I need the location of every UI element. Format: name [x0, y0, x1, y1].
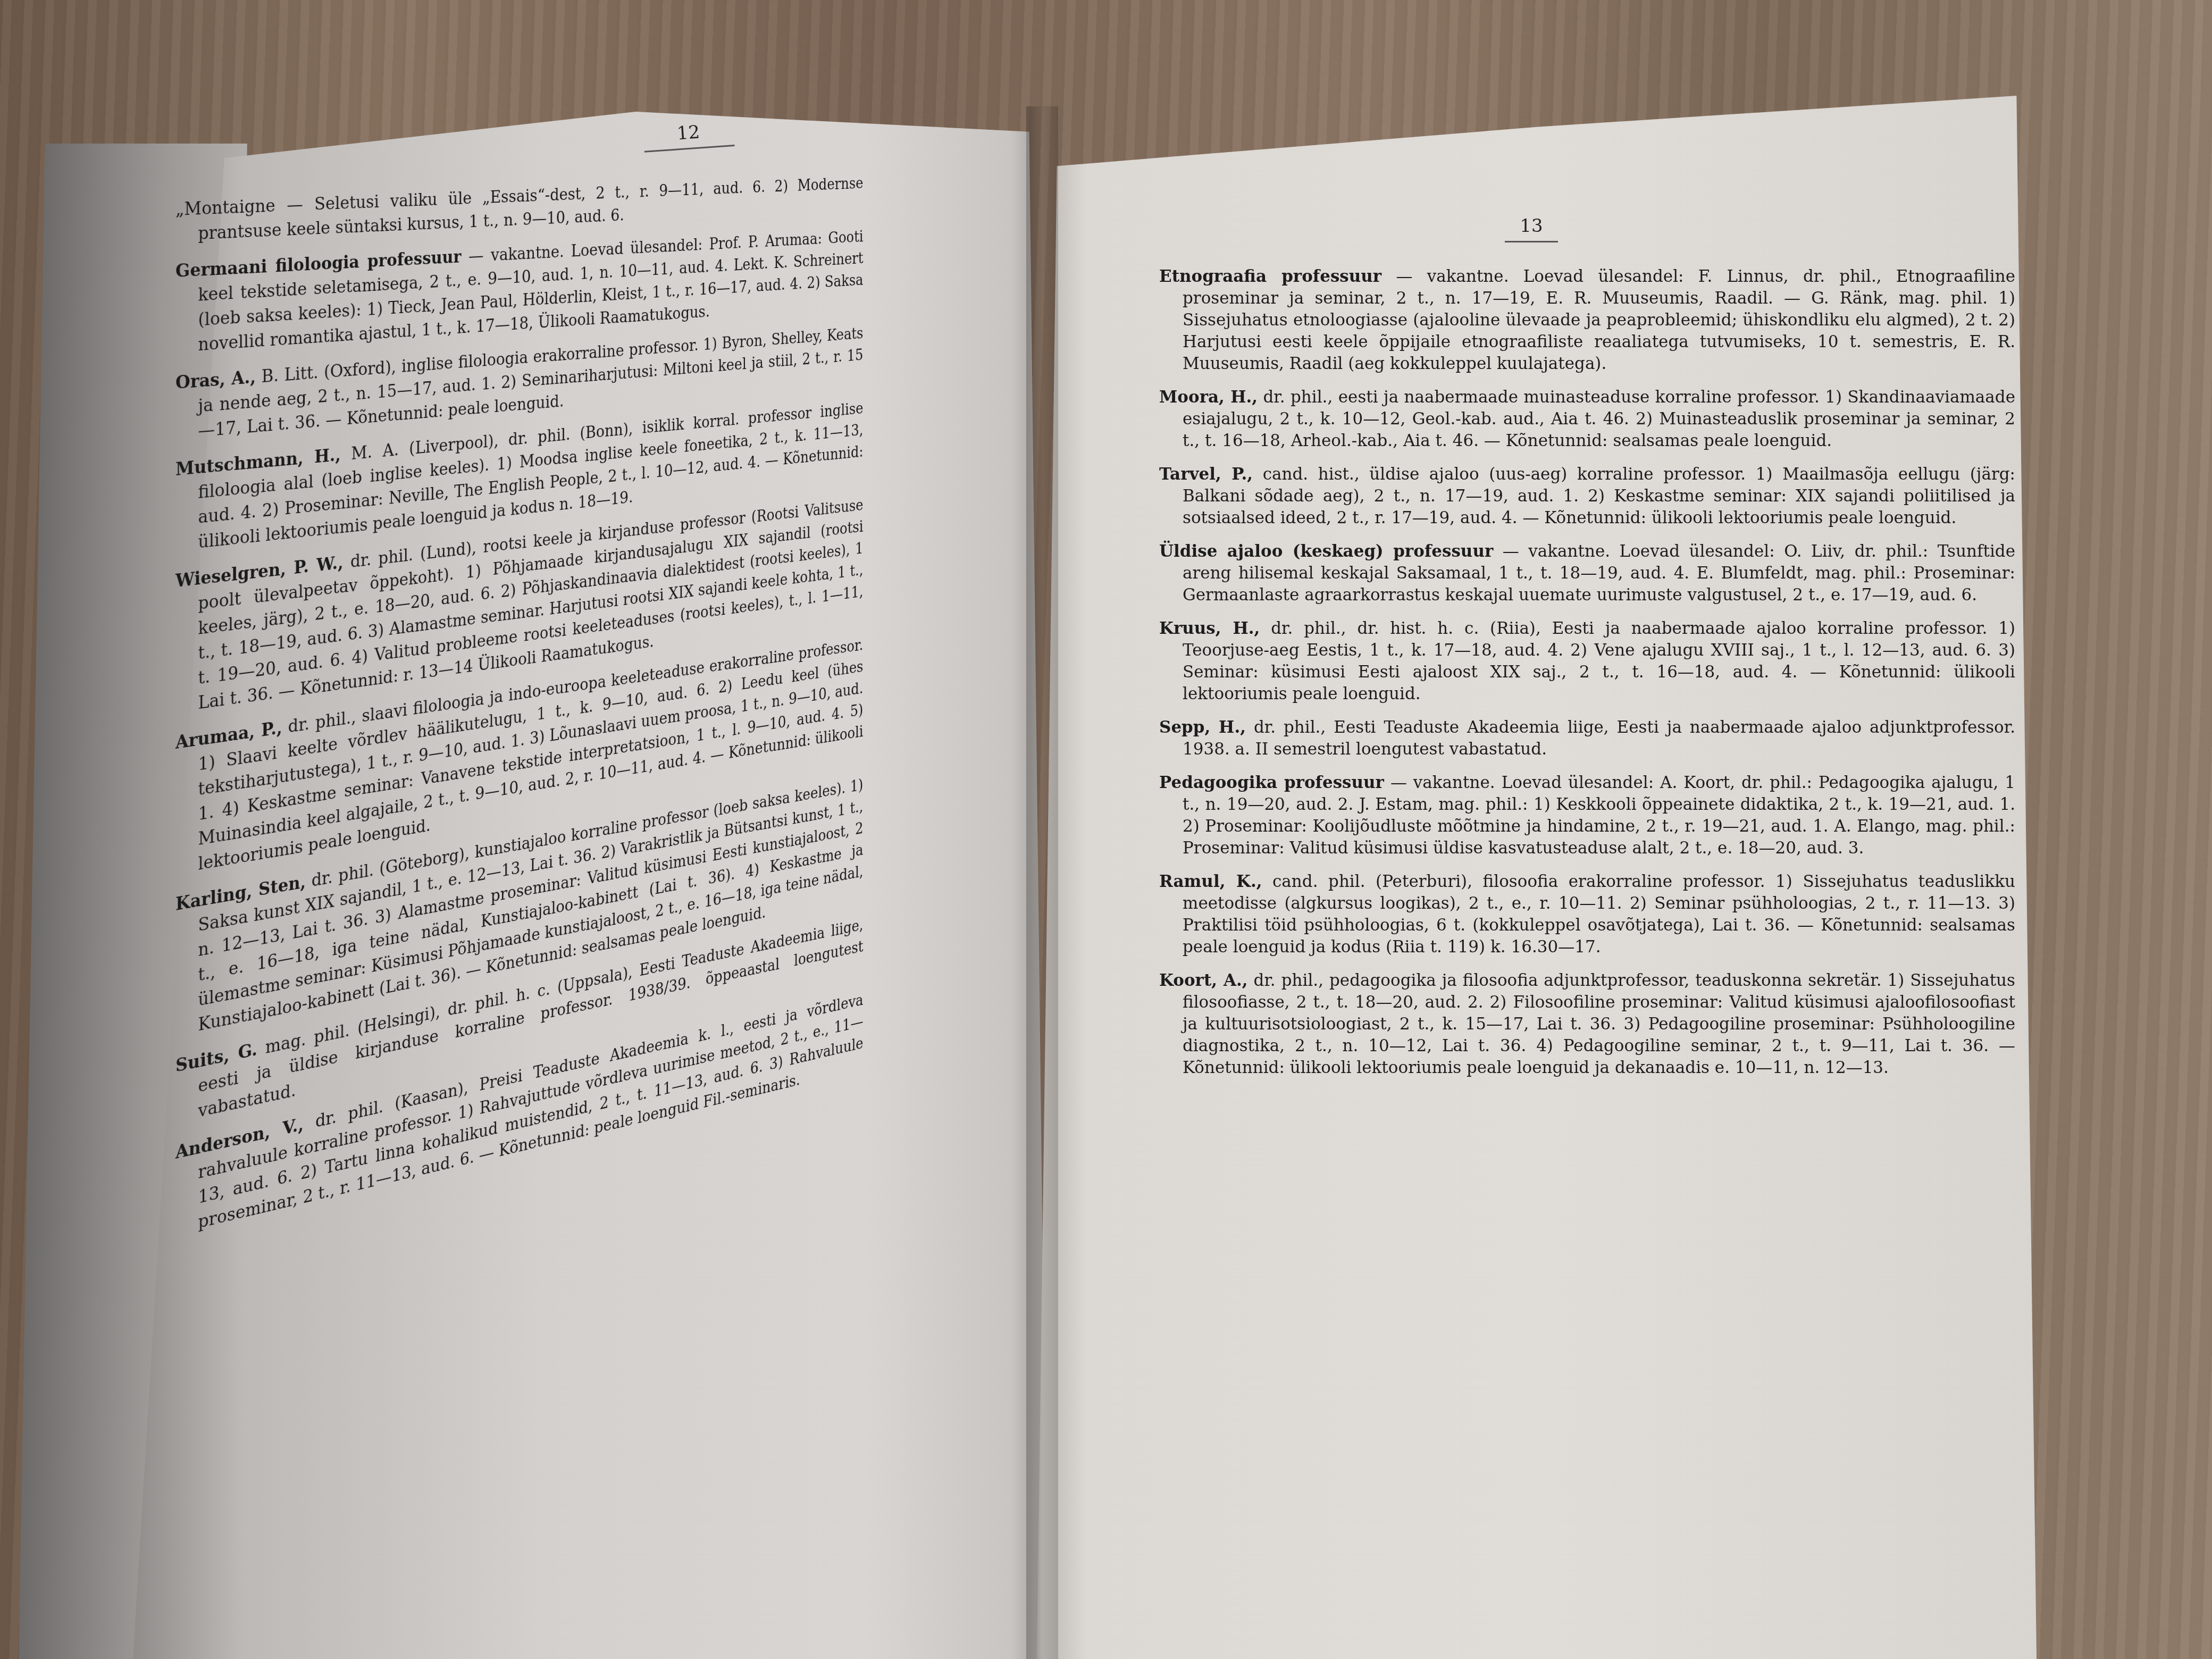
entry-head: Ramul, K., [1159, 872, 1262, 891]
entry-kruus: Kruus, H., dr. phil., dr. hist. h. c. (R… [1159, 618, 2015, 705]
entry-body: cand. hist., üldise ajaloo (uus-aeg) kor… [1183, 465, 2015, 527]
entry-etnograafia: Etnograafia professuur — vakantne. Loeva… [1159, 266, 2015, 375]
entry-sepp: Sepp, H., dr. phil., Eesti Teaduste Akad… [1159, 717, 2015, 760]
entry-head: Moora, H., [1159, 388, 1258, 407]
entry-body: cand. phil. (Peterburi), filosoofia erak… [1183, 872, 2015, 957]
entry-pedagoogika: Pedagoogika professuur — vakantne. Loeva… [1159, 772, 2015, 859]
entry-tarvel: Tarvel, P., cand. hist., üldise ajaloo (… [1159, 464, 2015, 529]
entry-ramul: Ramul, K., cand. phil. (Peterburi), filo… [1159, 871, 2015, 958]
entry-head: Tarvel, P., [1159, 465, 1253, 484]
entry-moora: Moora, H., dr. phil., eesti ja naabermaa… [1159, 387, 2015, 452]
book-gutter [1026, 106, 1058, 1659]
entry-head: Koort, A., [1159, 971, 1248, 990]
entry-body: dr. phil., pedagoogika ja filosoofia adj… [1183, 971, 2015, 1077]
right-page-text: Etnograafia professuur — vakantne. Loeva… [1159, 266, 2015, 1091]
entry-uldise-ajaloo-keskaeg: Üldise ajaloo (keskaeg) professuur — vak… [1159, 541, 2015, 606]
page-number-right: 13 [1505, 215, 1558, 242]
entry-body: dr. phil., Eesti Teaduste Akadeemia liig… [1183, 718, 2015, 759]
entry-koort: Koort, A., dr. phil., pedagoogika ja fil… [1159, 970, 2015, 1079]
entry-head: Oras, A., [175, 366, 256, 393]
entry-head: Sepp, H., [1159, 718, 1246, 737]
entry-head: Etnograafia professuur [1159, 267, 1381, 286]
entry-head: Üldise ajaloo (keskaeg) professuur [1159, 542, 1493, 561]
entry-head: Kruus, H., [1159, 619, 1260, 638]
left-page-text: „Montaigne — Seletusi valiku üle „Essais… [175, 172, 863, 1252]
entry-body: dr. phil., dr. hist. h. c. (Riia), Eesti… [1183, 619, 2015, 703]
entry-head: Pedagoogika professuur [1159, 773, 1384, 792]
entry-body: dr. phil., eesti ja naabermaade muinaste… [1183, 388, 2015, 450]
